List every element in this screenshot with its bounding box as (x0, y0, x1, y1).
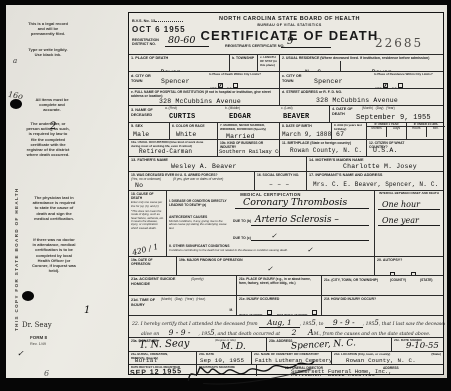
margin-handwritten-mark: a (13, 57, 17, 65)
bvs-number-label: B.V.S. No. 13 (132, 18, 183, 23)
certify-text: 22. I hereby certify that I attended the… (132, 322, 258, 327)
father-cell: 13. FATHER'S NAME Wesley A. Beaver (129, 157, 306, 171)
due-to-b-label: DUE TO (b) (233, 219, 251, 223)
cause-code-handwriting: 420 / 1 (131, 242, 159, 256)
middle-name-value: EDGAR (229, 113, 251, 121)
time-of-injury-sublabel: (Month) (Day) (Year) (Hour) (161, 298, 205, 302)
township-cell: b. TOWNSHIP (229, 55, 257, 71)
deceased-name-cell: 3. NAME OF DECEASED a. (First) CURTIS b.… (129, 106, 329, 122)
medical-certification-cell: MEDICAL CERTIFICATION I. DISEASE OR COND… (166, 191, 374, 256)
margin-handwritten-mark: 1 (84, 305, 90, 316)
registrar-certificate-value: 9 (281, 36, 331, 48)
armed-forces-cell: 15. WAS DECEASED EVER IN U. S. ARMED FOR… (129, 172, 254, 190)
autopsy-label: 20. AUTOPSY? (377, 258, 443, 262)
hospital-label: e. FULL NAME OF HOSPITAL OR INSTITUTION … (131, 90, 273, 98)
degree-handwriting: M. D. (221, 342, 246, 351)
certify-text: , that I last saw the deceased (379, 322, 445, 327)
business-value: Southern Railway Co. (219, 148, 279, 155)
death-city-label: d. CITY OR TOWN (131, 74, 153, 83)
street-address-value: 328 McCubbins Avenue (316, 97, 398, 104)
injury-state-label: (STATE) (420, 278, 433, 282)
while-at-work-checkbox (267, 310, 272, 315)
serial-number: 22685 (375, 36, 423, 50)
death-city-cell: d. CITY OR TOWN Spencer Is Place of Deat… (129, 72, 279, 88)
age-under-1-year-cell: IF UNDER 1 YEAR Months Days (366, 123, 406, 139)
birthplace-value: Rowan County, N. C. (290, 147, 362, 154)
months-label: Months (367, 127, 387, 137)
margin-note-type: Type or write legibly. Use black ink. (26, 47, 70, 57)
armed-forces-value: No (135, 182, 143, 189)
not-while-at-work-checkbox (312, 310, 317, 315)
burial-location-state-label: (State) (431, 353, 441, 357)
informant-cell: 17. INFORMANT'S NAME AND ADDRESS Mrs. C.… (306, 172, 445, 190)
last-seen-date-handwriting: 9 - 9 - (161, 328, 199, 337)
informant-label: 17. INFORMANT'S NAME AND ADDRESS (309, 173, 443, 178)
attended-from-date-handwriting: Aug, 1 (259, 318, 300, 328)
mother-cell: 14. MOTHER'S MAIDEN NAME Charlotte M. Jo… (306, 157, 445, 171)
age-under-24-hrs-cell: IF UNDER 24 HRS. Hours Min. (406, 123, 445, 139)
usual-residence-label: 2. USUAL RESIDENCE (Where deceased lived… (282, 56, 443, 60)
injury-occurred-label: 21e. INJURY OCCURRED (239, 297, 319, 301)
street-address-label: d. STREET ADDRESS or R. F. D. NO. (282, 90, 443, 94)
race-cell: 6. COLOR OR RACE White (169, 123, 217, 139)
mother-value: Charlotte M. Josey (343, 163, 417, 170)
due-to-c-check: ✓ (251, 232, 369, 241)
citizen-value: U.S.A. (373, 147, 398, 154)
row-city-town: d. CITY OR TOWN Spencer Is Place of Deat… (129, 71, 443, 88)
filing-date-stamp: OCT 6 1955 (132, 25, 186, 34)
deceased-name-label: 3. NAME OF DECEASED (131, 108, 159, 117)
certificate-form: B.V.S. No. 13 OCT 6 1955 REGISTRATION DI… (128, 12, 444, 375)
cause-of-death-sidebar: 18. CAUSE OF DEATH Enter only one cause … (129, 191, 166, 256)
injury-occurred-cell: 21e. INJURY OCCURRED WHILE AT WORK NOT W… (236, 296, 321, 315)
punch-hole (10, 99, 22, 109)
sex-label: 5. SEX (131, 124, 167, 129)
certification-line-2: alive on 9 - 9 -, 1955, and that death o… (141, 328, 430, 337)
row-injury-2: 21d. TIME OF INJURY (Month) (Day) (Year)… (129, 295, 443, 315)
marital-cell: 7. MARRIED, NEVER MARRIED, WIDOWED, DIVO… (217, 123, 279, 139)
operation-findings-label: 19b. MAJOR FINDINGS OF OPERATION (179, 258, 372, 262)
row-physician-signature: 23a. SIGNATURE T. N. Seay (Degree or tit… (129, 337, 443, 351)
date-received-stamp: SEP 12 1955 (130, 368, 182, 376)
cause-of-death-label: 18. CAUSE OF DEATH (131, 192, 164, 200)
margin-vertical-text: THIS COPY FOR STATE BOARD OF HEALTH (14, 131, 19, 331)
certify-text: , 195 (300, 322, 312, 327)
certification-line-1: 22. I hereby certify that I attended the… (132, 318, 445, 327)
informant-value: Mrs. C. E. Beaver, Spencer, N. C. (313, 181, 438, 188)
physician-signature-cell: 23a. SIGNATURE T. N. Seay (Degree or tit… (129, 338, 266, 351)
age-value: 67 (336, 131, 344, 138)
length-of-stay-label: c. LENGTH OF STAY (in this place) (260, 56, 277, 67)
ssn-label: 16. SOCIAL SECURITY NO. (257, 173, 304, 177)
residence-city-cell: c. CITY OR TOWN Spencer Is Place of Resi… (279, 72, 445, 88)
date-of-death-label: 4. DATE OF DEATH (332, 107, 356, 116)
margin-handwritten-mark: 2 (50, 121, 56, 132)
place-of-injury-cell: 21b. PLACE OF INJURY (e.g., in or about … (236, 276, 321, 295)
margin-note-items: All items must be complete and accurate. (30, 97, 74, 113)
margin-doctor-ref: Dr. Seay (22, 321, 52, 329)
middle-name-label: b. (Middle) (225, 107, 240, 111)
armed-forces-sub2: (If yes, give war or dates of service) (173, 178, 223, 182)
margin-note-legal: This is a legal record and will be perma… (26, 21, 70, 37)
row-name-dod: 3. NAME OF DECEASED a. (First) CURTIS b.… (129, 105, 443, 122)
days-label: Days (387, 127, 406, 137)
date-of-death-sublabel: (Month) (Day) (Year) (362, 107, 395, 111)
certify-text: , to (316, 322, 324, 327)
marital-label: 7. MARRIED, NEVER MARRIED, WIDOWED, DIVO… (220, 124, 276, 132)
date-of-birth-value: March 9, 1888 (282, 131, 331, 138)
length-of-stay-cell: c. LENGTH OF STAY (in this place) (257, 55, 279, 71)
operation-findings-cell: 19b. MAJOR FINDINGS OF OPERATION ✓ (176, 257, 374, 275)
birthplace-cell: 11. BIRTHPLACE (State or foreign country… (279, 140, 366, 156)
other-conditions-note: Conditions contributing to the death but… (169, 249, 299, 252)
row-injury-1: 21a. ACCIDENT SUICIDE HOMICIDE (Specify)… (129, 275, 443, 295)
injury-location-cell: 21c. (CITY, TOWN, OR TOWNSHIP) (COUNTY) … (321, 276, 445, 295)
margin-note-undertaker: The undertaker, or person acting as such… (26, 121, 70, 157)
death-city-value: Spencer (161, 78, 190, 85)
ssn-value: – – – (269, 181, 290, 188)
registrar-signature-scribble (184, 354, 317, 387)
row-address: e. FULL NAME OF HOSPITAL OR INSTITUTION … (129, 88, 443, 105)
age-cell: 9. AGE (In years last birthday) 67 (331, 123, 366, 139)
hospital-value: 328 McCubbins Avenue (159, 98, 241, 105)
how-injury-occurred-label: 21f. HOW DID INJURY OCCUR? (324, 297, 443, 301)
registration-district-label: REGISTRATION DISTRICT NO. (132, 38, 164, 47)
death-certificate-document: THIS COPY FOR STATE BOARD OF HEALTH This… (6, 5, 447, 378)
cause-of-death-primary-value: Coronary Thrombosis (235, 197, 369, 209)
operation-findings-check: ✓ (267, 265, 273, 273)
occupation-cell: 10a. USUAL OCCUPATION (Give kind of work… (129, 140, 217, 156)
row-place-and-residence: 1. PLACE OF DEATH a. COUNTY Rowan b. TOW… (129, 54, 443, 71)
township-label: b. TOWNSHIP (232, 56, 255, 60)
operation-date-label: 19a. DATE OF OPERATION (131, 258, 165, 266)
burial-location-value: Rowan County, N. C. (346, 357, 416, 364)
interval-secondary-value: One year (378, 216, 440, 226)
date-of-birth-label: 8. DATE OF BIRTH (282, 124, 329, 128)
burial-location-cell: 24d. LOCATION (City, town, or county) (S… (331, 352, 445, 364)
injury-city-label: 21c. (CITY, TOWN, OR TOWNSHIP) (324, 278, 378, 282)
residence-city-value: Spencer (314, 78, 343, 85)
margin-revision: Rev. 1/49 (30, 342, 46, 346)
burial-method-value: Burial (135, 357, 157, 364)
certification-statement: 22. I hereby certify that I attended the… (129, 316, 445, 337)
date-signed-cell: 23c. DATE SIGNED 9-10-55 (391, 338, 445, 351)
row-medical-certification: 18. CAUSE OF DEATH Enter only one cause … (129, 190, 443, 256)
board-of-health-title: NORTH CAROLINA STATE BOARD OF HEALTH (187, 16, 392, 22)
last-name-label: c. (Last) (281, 107, 293, 111)
hospital-cell: e. FULL NAME OF HOSPITAL OR INSTITUTION … (129, 89, 279, 105)
margin-note-no-doctor: If there was no doctor in attendance, me… (32, 237, 76, 273)
row-certification-statement: 22. I hereby certify that I attended the… (129, 315, 443, 337)
time-of-injury-meridiem: M. (229, 309, 233, 313)
other-conditions-check: ✓ (307, 246, 313, 254)
death-city-limits: Is Place of Death Within City Limits? YE… (209, 73, 275, 88)
race-value: White (176, 131, 197, 138)
occupation-value: Retired-Carman (139, 148, 192, 155)
punch-hole (22, 291, 34, 301)
father-value: Wesley A. Beaver (171, 163, 237, 170)
date-of-birth-cell: 8. DATE OF BIRTH March 9, 1888 (279, 123, 331, 139)
place-of-death-cell: 1. PLACE OF DEATH a. COUNTY Rowan (129, 55, 229, 71)
bvs-number-text: B.V.S. No. 13 (132, 19, 155, 23)
autopsy-cell: 20. AUTOPSY? YESNO (374, 257, 445, 275)
attended-to-date-handwriting: 9 - 9 - (325, 318, 363, 328)
cause-note-1: Enter only one cause per line for (a), (… (131, 201, 164, 208)
interval-header: INTERVAL BETWEEN ONSET AND DEATH (377, 192, 441, 196)
time-of-injury-label: 21d. TIME OF INJURY (131, 298, 157, 307)
margin-handwritten-mark: 6 (44, 369, 49, 378)
accident-specify-label: (Specify) (191, 278, 204, 282)
accident-cell: 21a. ACCIDENT SUICIDE HOMICIDE (Specify) (129, 276, 236, 295)
due-to-c-label: DUE TO (c) (233, 236, 251, 240)
sex-cell: 5. SEX Male (129, 123, 169, 139)
usual-residence-cell: 2. USUAL RESIDENCE (Where deceased lived… (279, 55, 445, 71)
residence-city-limits: Is Place of Residence Within City Limits… (374, 73, 442, 88)
time-of-injury-cell: 21d. TIME OF INJURY (Month) (Day) (Year)… (129, 296, 236, 315)
cause-of-death-secondary-value: Arterio Sclerosis – (251, 215, 369, 226)
antecedent-note: Morbid conditions, if any, giving rise t… (169, 220, 229, 230)
physician-signature-handwriting: T. N. Seay (139, 338, 190, 351)
business-cell: 10b. KIND OF BUSINESS OR INDUSTRY Southe… (217, 140, 279, 156)
address-label: 23b. ADDRESS (269, 339, 293, 343)
citizen-cell: 12. CITIZEN OF WHAT COUNTRY? U.S.A. (366, 140, 445, 156)
race-label: 6. COLOR OR RACE (172, 124, 215, 128)
bureau-subtitle: BUREAU OF VITAL STATISTICS (187, 23, 392, 27)
death-hour-handwriting: 2 (282, 328, 307, 337)
street-address-cell: d. STREET ADDRESS or R. F. D. NO. 328 Mc… (279, 89, 445, 105)
accident-label: 21a. ACCIDENT SUICIDE HOMICIDE (131, 277, 177, 286)
row-occupation: 10a. USUAL OCCUPATION (Give kind of work… (129, 139, 443, 156)
row-demographics: 5. SEX Male 6. COLOR OR RACE White 7. MA… (129, 122, 443, 139)
last-name-value: BEAVER (283, 113, 309, 121)
place-of-injury-label: 21b. PLACE OF INJURY (e.g., in or about … (239, 277, 317, 285)
row-parents: 13. FATHER'S NAME Wesley A. Beaver 14. M… (129, 156, 443, 171)
certify-text: , 195 (363, 322, 375, 327)
margin-form-number: FORM 8 (30, 335, 47, 340)
address-handwriting: Spencer, N. C. (291, 338, 356, 351)
date-of-death-value: September 9, 1955 (356, 114, 431, 122)
date-of-death-cell: 4. DATE OF DEATH (Month) (Day) (Year) Se… (329, 106, 445, 122)
dotted-leader (155, 18, 183, 22)
row-service-informant: 15. WAS DECEASED EVER IN U. S. ARMED FOR… (129, 171, 443, 190)
ssn-cell: 16. SOCIAL SECURITY NO. – – – (254, 172, 306, 190)
operation-date-cell: 19a. DATE OF OPERATION (129, 257, 176, 275)
how-injury-occurred-cell: 21f. HOW DID INJURY OCCUR? (321, 296, 445, 315)
interval-primary-value: One hour (378, 200, 440, 210)
sex-value: Male (133, 131, 149, 138)
disease-line-label: I. DISEASE OR CONDITION DIRECTLY LEADING… (169, 199, 233, 207)
margin-check-mark: ✓ (17, 349, 24, 358)
min-label: Min. (427, 127, 446, 137)
row-operation-autopsy: 19a. DATE OF OPERATION 19b. MAJOR FINDIN… (129, 256, 443, 275)
cause-note-2: *This does not mean the mode of dying, s… (131, 210, 164, 230)
residence-city-label: c. CITY OR TOWN (282, 74, 304, 83)
margin-note-physician: The physician last in attendance is requ… (32, 195, 76, 221)
physician-address-cell: 23b. ADDRESS Spencer, N. C. (266, 338, 391, 351)
first-name-value: CURTIS (169, 113, 195, 121)
interval-column: INTERVAL BETWEEN ONSET AND DEATH One hou… (374, 191, 445, 256)
date-signed-handwriting: 9-10-55 (406, 341, 439, 351)
birthplace-label: 11. BIRTHPLACE (State or foreign country… (282, 141, 364, 145)
injury-county-label: (COUNTY) (390, 278, 406, 282)
registrar-certificate-label: REGISTRAR'S CERTIFICATE NO. (225, 44, 284, 49)
hours-label: Hours (407, 127, 427, 137)
first-name-label: a. (First) (165, 107, 177, 111)
